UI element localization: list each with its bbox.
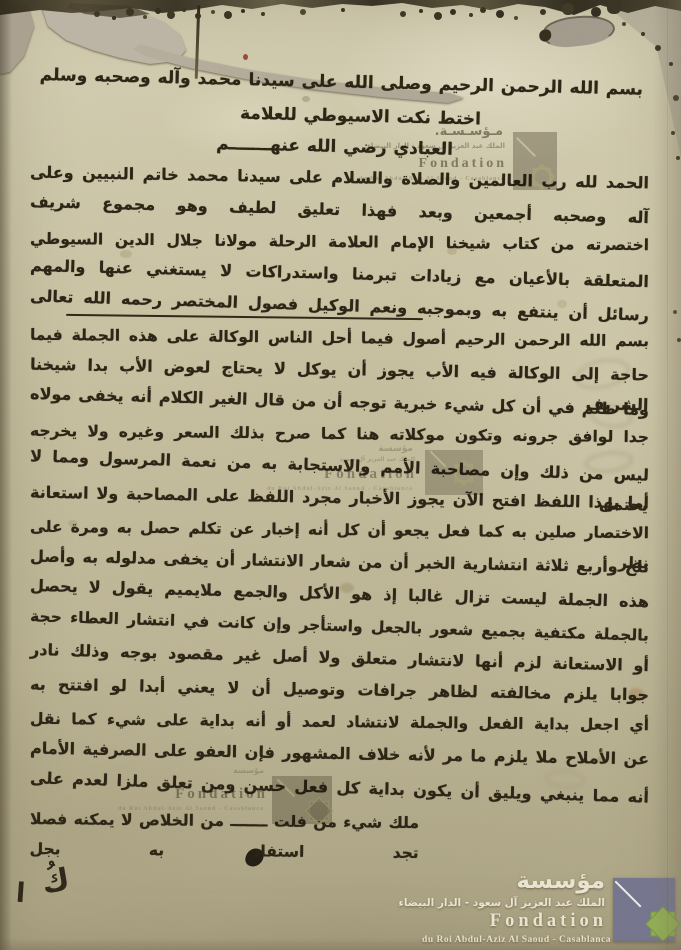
foundation-logo (272, 776, 338, 830)
org-name-latin: Fondation (490, 911, 607, 932)
manuscript-scan-page: بسم الله الرحمن الرحيم وصلى الله على سيد… (0, 0, 681, 950)
org-name-arabic: مؤسسة (233, 766, 264, 775)
foundation-watermark-bottom-left: مؤسسة Fondation du Roi Abdul-Aziz Al Sao… (156, 766, 338, 830)
org-name-arabic: مؤسسة (516, 868, 605, 894)
logo-star-icon (449, 458, 479, 488)
catchword-mark: كُ (39, 862, 72, 901)
org-name-arabic: مـؤسـسـة. (435, 124, 503, 139)
page-fold-line (667, 0, 668, 950)
org-subtitle-arabic: الملك عبد العزيز آل سعود - الدار البيضاء (367, 142, 505, 150)
binding-gutter-shadow (0, 0, 12, 950)
org-subtitle-arabic: الملك عبد العزيز آل سعود - الدار البيضاء (398, 897, 605, 909)
foundation-logo (425, 450, 485, 502)
org-name-latin: Fondation (175, 786, 268, 803)
foundation-watermark-middle: مؤسسة الملك عبد العزيز آل سعود Fondation… (303, 444, 485, 502)
org-subtitle-latin: du Roi Abdul-Aziz Al Saoud - Casablanca (359, 176, 505, 182)
org-name-arabic: مؤسسة (378, 444, 413, 454)
org-subtitle-arabic: الملك عبد العزيز آل سعود (339, 456, 415, 463)
logo-diagonal (615, 881, 642, 908)
bottom-edge-shading (0, 938, 681, 950)
logo-star-icon (302, 794, 336, 828)
foundation-logo (513, 132, 583, 202)
foundation-watermark-top: مـؤسـسـة. الملك عبد العزيز آل سعود - الد… (415, 120, 583, 215)
red-ink-speck (243, 54, 248, 60)
logo-star-icon (527, 162, 557, 192)
foundation-watermark-bottom-right: مؤسسة الملك عبد العزيز آل سعود - الدار ا… (417, 860, 681, 950)
org-subtitle-latin: du Roi Abdul-Aziz Al Saoud - Casablanca (118, 806, 264, 812)
org-name-latin: Fondation (324, 466, 417, 483)
org-subtitle-latin: du Roi Abdul-Aziz Al Saoud - Casablanca (267, 486, 413, 492)
org-name-latin: Fondation (419, 156, 507, 172)
